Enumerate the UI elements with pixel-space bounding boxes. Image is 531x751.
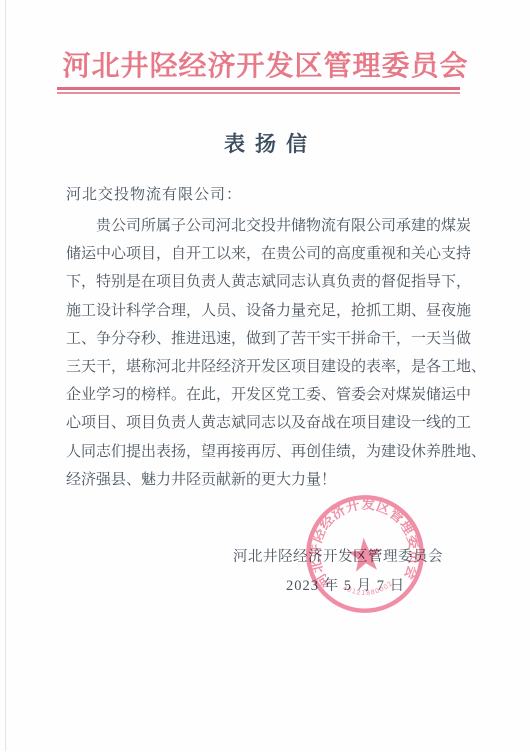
commendation-letter-page: 河北井陉经济开发区管理委员会 表扬信 河北交投物流有限公司： 贵公司所属子公司河… <box>0 0 531 751</box>
letterhead-org-name: 河北井陉经济开发区管理委员会 <box>0 44 531 84</box>
body-line: 储运中心项目，自开工以来，在贵公司的高度重视和关心支持 <box>66 240 471 268</box>
body-line: 人同志们提出表扬，望再接再厉、再创佳绩，为建设休养胜地、 <box>66 438 471 466</box>
star-icon <box>346 536 383 572</box>
body-line: 下，特别是在项目负责人黄志斌同志认真负责的督促指导下， <box>66 268 471 296</box>
letter-body: 贵公司所属子公司河北交投井储物流有限公司承建的煤炭储运中心项目，自开工以来，在贵… <box>66 212 471 494</box>
recipient-line: 河北交投物流有限公司： <box>66 183 242 204</box>
official-seal: 河北井陉经济开发区管理委员会 1301218800028 <box>297 486 434 623</box>
body-line: 三天干，堪称河北井陉经济开发区项目建设的表率，是各工地、 <box>66 353 471 381</box>
letter-title: 表扬信 <box>0 128 531 158</box>
divider-thin-line <box>57 92 460 94</box>
divider-thick-line <box>57 87 460 90</box>
scan-edge-line <box>5 0 6 751</box>
body-line: 施工设计科学合理，人员、设备力量充足，抢抓工期、昼夜施 <box>66 297 471 325</box>
body-line: 心项目、项目负责人黄志斌同志以及奋战在项目建设一线的工 <box>66 409 471 437</box>
body-line: 工、争分夺秒、推进迅速，做到了苦干实干拼命干，一天当做 <box>66 325 471 353</box>
letterhead-divider <box>57 87 460 94</box>
body-line: 企业学习的榜样。在此，开发区党工委、管委会对煤炭储运中 <box>66 381 471 409</box>
body-line: 贵公司所属子公司河北交投井储物流有限公司承建的煤炭 <box>66 212 471 240</box>
